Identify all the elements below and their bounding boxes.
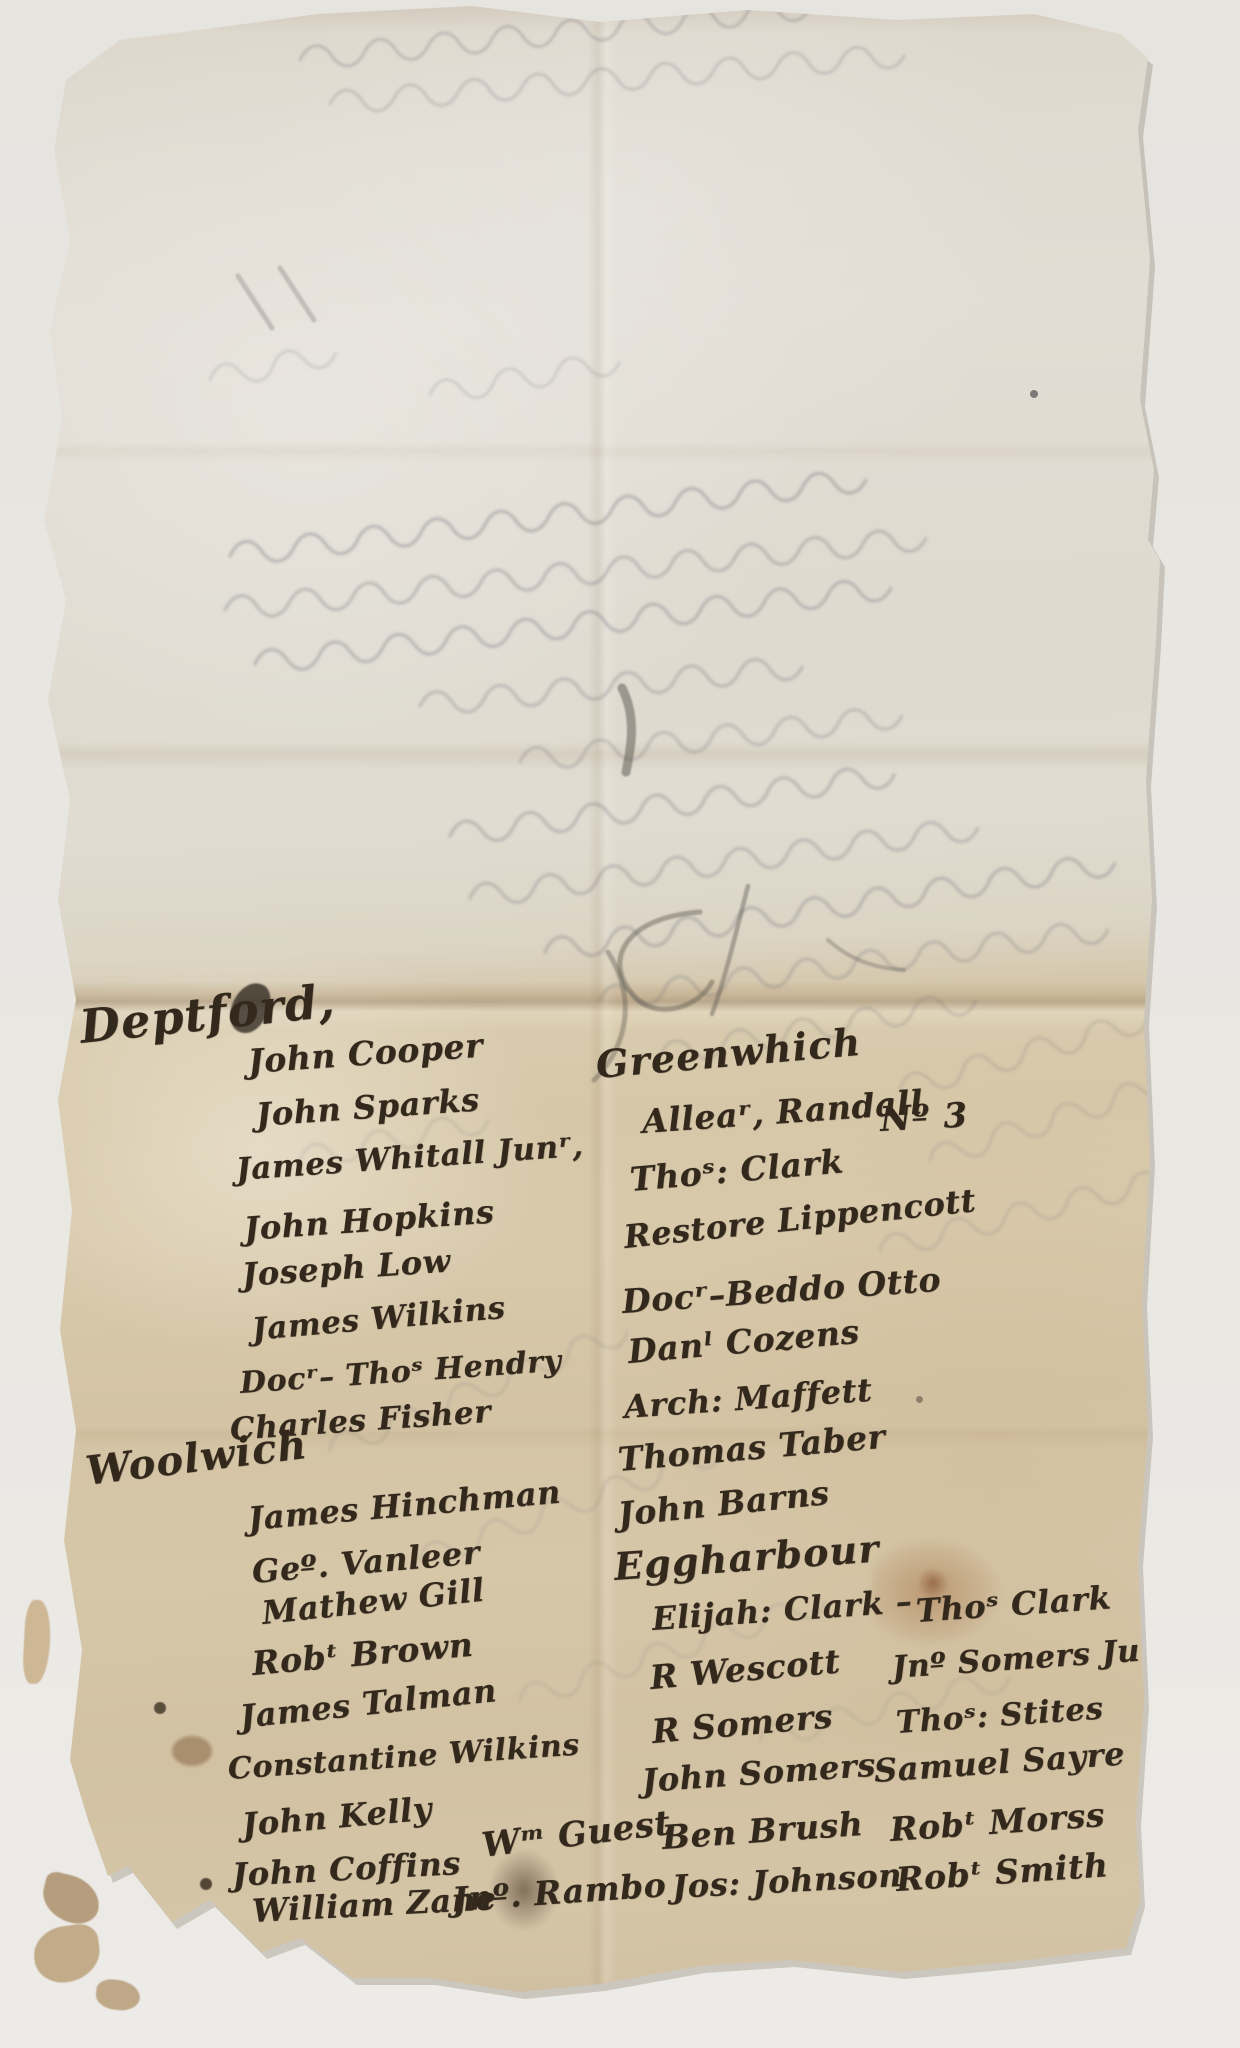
- name-entry-eggharbour: Thoˢ Clark: [915, 1578, 1113, 1630]
- name-entry-greenwhich: Docʳ–Beddo Otto: [621, 1260, 943, 1321]
- handwritten-text-layer: Deptford, Woolwich Greenwhich Eggharbour…: [0, 0, 1240, 2048]
- name-entry-greenwhich: Thomas Taber: [616, 1417, 887, 1479]
- name-entry-woolwich: James Hinchman: [246, 1473, 562, 1538]
- name-entry-eggharbour: Thoˢ: Stites: [895, 1691, 1105, 1741]
- name-entry-woolwich: John Kelly: [240, 1789, 433, 1843]
- name-entry-deptford: John Cooper: [247, 1026, 485, 1081]
- section-heading-eggharbour: Eggharbour: [612, 1526, 880, 1589]
- name-entry-deptford: Docʳ– Thoˢ Hendry: [239, 1344, 563, 1401]
- name-entry-woolwich: Robᵗ Brown: [250, 1625, 474, 1683]
- name-entry-eggharbour: Samuel Sayre: [873, 1735, 1127, 1790]
- name-entry-greenwhich: Danˡ Cozens: [626, 1312, 861, 1371]
- name-entry-woolwich: Constantine Wilkins: [227, 1727, 581, 1787]
- name-entry-eggharbour: Robᵗ Smith: [895, 1845, 1110, 1899]
- name-entry-deptford: John Sparks: [255, 1080, 481, 1134]
- name-entry-eggharbour: Jnº Somers Juʳ: [891, 1632, 1155, 1686]
- section-heading-greenwhich: Greenwhich: [594, 1019, 863, 1087]
- name-entry-eggharbour: Jos: Johnson: [671, 1856, 903, 1906]
- torn-fragment: [30, 1922, 103, 1987]
- name-entry-deptford: James Whitall Junʳ,: [235, 1128, 585, 1188]
- name-entry-deptford: John Hopkins: [243, 1193, 496, 1248]
- name-entry-deptford: Charles Fisher: [229, 1394, 492, 1448]
- name-entry-greenwhich: Thoˢ: Clark: [628, 1141, 845, 1199]
- name-entry-eggharbour: John Somers: [641, 1746, 877, 1800]
- photographed-manuscript-page: Deptford, Woolwich Greenwhich Eggharbour…: [0, 0, 1240, 2048]
- name-entry-deptford: Joseph Low: [241, 1241, 452, 1293]
- name-entry-eggharbour: Robᵗ Morss: [889, 1795, 1107, 1849]
- name-entry-middle: Wᵐ Guest: [480, 1803, 673, 1866]
- manuscript-paper: Deptford, Woolwich Greenwhich Eggharbour…: [0, 0, 1240, 2048]
- name-entry-deptford: James Wilkins: [250, 1290, 507, 1348]
- torn-fragment: [22, 1599, 52, 1684]
- name-entry-eggharbour: Elijah: Clark –: [651, 1582, 914, 1638]
- name-entry-greenwhich: Arch: Maffett: [623, 1371, 874, 1426]
- name-entry-middle: Jnº. Rambo: [451, 1865, 668, 1919]
- name-entry-eggharbour: Ben Brush: [661, 1804, 865, 1857]
- name-entry-eggharbour: R Somers: [650, 1696, 834, 1751]
- name-entry-eggharbour: R Wescott: [648, 1641, 842, 1696]
- torn-fragment: [37, 1870, 104, 1929]
- torn-fragment: [95, 1978, 142, 2012]
- name-entry-greenwhich: John Barns: [616, 1473, 831, 1534]
